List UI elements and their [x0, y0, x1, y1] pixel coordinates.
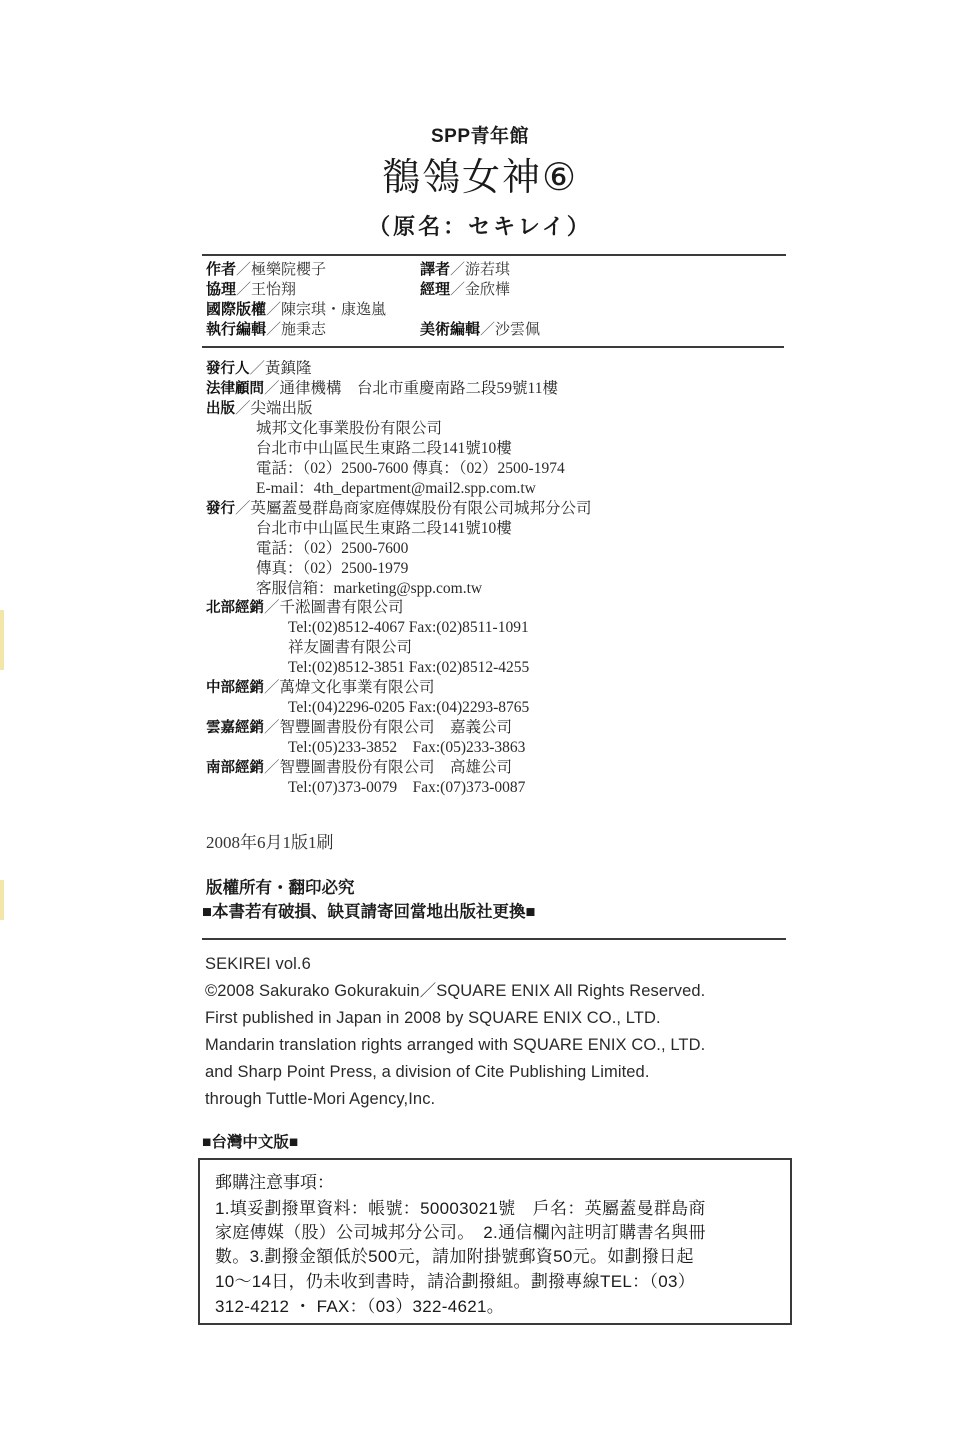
chiayi-distributor-line: 雲嘉經銷／智豐圖書股份有限公司 嘉義公司 [206, 718, 512, 738]
separator: ／ [250, 360, 266, 377]
publishing-detail: 電話：（02）2500-7600 傳真：（02）2500-1974 [256, 459, 565, 479]
mail-order-notice-line: 1.填妥劃撥單資料：帳號：50003021號 戶名：英屬蓋曼群島商 [215, 1194, 706, 1219]
credit-art-editor: 美術編輯／沙雲佩 [420, 320, 540, 340]
separator: ／ [450, 282, 465, 298]
credit-executive-editor: 執行編輯／施秉志 [206, 320, 326, 340]
credit-value: 極樂院櫻子 [251, 262, 326, 278]
separator: ／ [236, 262, 251, 278]
separator: ／ [235, 400, 251, 417]
north-detail: Tel:(02)8512-3851 Fax:(02)8512-4255 [288, 658, 529, 678]
credit-value: 王怡翔 [251, 282, 296, 298]
north-distributor-line: 北部經銷／千淞圖書有限公司 [206, 598, 404, 618]
original-title: （原名：セキレイ） [0, 210, 960, 241]
edition-date: 2008年6月1版1刷 [206, 828, 334, 853]
credit-label: 作者 [206, 261, 236, 278]
credit-label: 國際版權 [206, 301, 266, 318]
separator: ／ [266, 322, 281, 338]
english-copyright-line: ©2008 Sakurako Gokurakuin／SQUARE ENIX Al… [205, 978, 705, 1005]
info-value: 尖端出版 [251, 400, 313, 417]
info-value: 黃鎮隆 [265, 360, 312, 377]
mail-order-notice-line: 10～14日，仍未收到書時，請洽劃撥組。劃撥專線TEL：（03） [215, 1267, 695, 1292]
publishing-email: E-mail：4th_department@mail2.spp.com.tw [256, 479, 536, 499]
damage-return-notice: ■本書若有破損、缺頁請寄回當地出版社更換■ [202, 898, 535, 922]
credit-label: 美術編輯 [420, 321, 480, 338]
info-value: 智豐圖書股份有限公司 高雄公司 [280, 759, 513, 776]
divider-top [202, 254, 786, 256]
info-label: 中部經銷 [206, 680, 264, 696]
north-detail: 祥友圖書有限公司 [288, 638, 412, 658]
credit-value: 沙雲佩 [495, 322, 540, 338]
info-value: 智豐圖書股份有限公司 嘉義公司 [280, 719, 513, 736]
separator: ／ [264, 679, 280, 696]
publishing-line: 出版／尖端出版 [206, 399, 313, 419]
distribution-detail: 傳真：（02）2500-1979 [256, 559, 408, 579]
separator: ／ [235, 500, 251, 517]
separator: ／ [266, 302, 281, 318]
info-value: 千淞圖書有限公司 [280, 599, 404, 616]
separator: ／ [264, 719, 280, 736]
publishing-detail: 城邦文化事業股份有限公司 [256, 419, 442, 439]
mail-order-notice-line: 家庭傳媒（股）公司城邦分公司。 2.通信欄內註明訂購書名與冊 [215, 1218, 706, 1243]
separator: ／ [450, 262, 465, 278]
south-detail: Tel:(07)373-0079 Fax:(07)373-0087 [288, 778, 525, 798]
info-value: 通律機構 台北市重慶南路二段59號11樓 [280, 380, 558, 397]
separator: ／ [264, 759, 280, 776]
credit-author: 作者／極樂院櫻子 [206, 260, 326, 280]
english-copyright-line: SEKIREI vol.6 [205, 951, 311, 978]
book-title: 鶺鴒女神⑥ [0, 146, 960, 201]
page-edge-tint [0, 880, 4, 920]
credit-value: 游若琪 [465, 262, 510, 278]
credit-label: 譯者 [420, 261, 450, 278]
separator: ／ [480, 322, 495, 338]
info-label: 發行人 [206, 361, 250, 377]
page-edge-tint [0, 610, 4, 670]
separator: ／ [264, 599, 280, 616]
mail-order-notice-line: 312-4212 ・ FAX：（03）322-4621。 [215, 1292, 504, 1317]
credit-label: 執行編輯 [206, 321, 266, 338]
publishing-detail: 台北市中山區民生東路二段141號10樓 [256, 439, 512, 459]
mail-order-notice-title: 郵購注意事項： [215, 1168, 334, 1193]
credit-value: 陳宗琪・康逸嵐 [281, 302, 386, 318]
info-label: 法律顧問 [206, 381, 264, 397]
chiayi-detail: Tel:(05)233-3852 Fax:(05)233-3863 [288, 738, 525, 758]
central-distributor-line: 中部經銷／萬煒文化事業有限公司 [206, 678, 435, 698]
english-copyright-line: First published in Japan in 2008 by SQUA… [205, 1005, 661, 1032]
english-copyright-line: and Sharp Point Press, a division of Cit… [205, 1059, 650, 1086]
info-value: 萬煒文化事業有限公司 [280, 679, 435, 696]
info-label: 南部經銷 [206, 760, 264, 776]
info-value: 英屬蓋曼群島商家庭傳媒股份有限公司城邦分公司 [251, 500, 592, 517]
separator: ／ [264, 380, 280, 397]
colophon-page: SPP青年館 鶺鴒女神⑥ （原名：セキレイ） 作者／極樂院櫻子 譯者／游若琪 協… [0, 0, 960, 1434]
divider-rights [202, 938, 786, 940]
issuer-line: 發行人／黃鎮隆 [206, 359, 312, 379]
credit-value: 金欣樺 [465, 282, 510, 298]
info-label: 發行 [206, 501, 235, 517]
english-copyright-line: through Tuttle-Mori Agency,Inc. [205, 1086, 435, 1113]
english-copyright-line: Mandarin translation rights arranged wit… [205, 1032, 705, 1059]
credit-label: 協理 [206, 281, 236, 298]
distribution-email: 客服信箱：marketing@spp.com.tw [256, 579, 482, 599]
credit-translator: 譯者／游若琪 [420, 260, 510, 280]
info-label: 北部經銷 [206, 600, 264, 616]
credit-associate-manager: 協理／王怡翔 [206, 280, 296, 300]
imprint-label: SPP青年館 [0, 121, 960, 148]
taiwan-edition-label: ■台灣中文版■ [202, 1130, 298, 1152]
separator: ／ [236, 282, 251, 298]
rights-notice: 版權所有・翻印必究 [206, 874, 355, 898]
credit-manager: 經理／金欣樺 [420, 280, 510, 300]
north-detail: Tel:(02)8512-4067 Fax:(02)8511-1091 [288, 618, 529, 638]
south-distributor-line: 南部經銷／智豐圖書股份有限公司 高雄公司 [206, 758, 512, 778]
info-label: 雲嘉經銷 [206, 720, 264, 736]
info-label: 出版 [206, 401, 235, 417]
distribution-detail: 台北市中山區民生東路二段141號10樓 [256, 519, 512, 539]
credit-value: 施秉志 [281, 322, 326, 338]
central-detail: Tel:(04)2296-0205 Fax:(04)2293-8765 [288, 698, 529, 718]
distribution-line: 發行／英屬蓋曼群島商家庭傳媒股份有限公司城邦分公司 [206, 499, 592, 519]
distribution-detail: 電話：（02）2500-7600 [256, 539, 408, 559]
credit-label: 經理 [420, 281, 450, 298]
credit-international-rights: 國際版權／陳宗琪・康逸嵐 [206, 300, 386, 320]
divider-credits [202, 346, 784, 348]
legal-counsel-line: 法律顧問／通律機構 台北市重慶南路二段59號11樓 [206, 379, 558, 399]
mail-order-notice-line: 數。3.劃撥金額低於500元，請加附掛號郵資50元。如劃撥日起 [215, 1242, 694, 1267]
